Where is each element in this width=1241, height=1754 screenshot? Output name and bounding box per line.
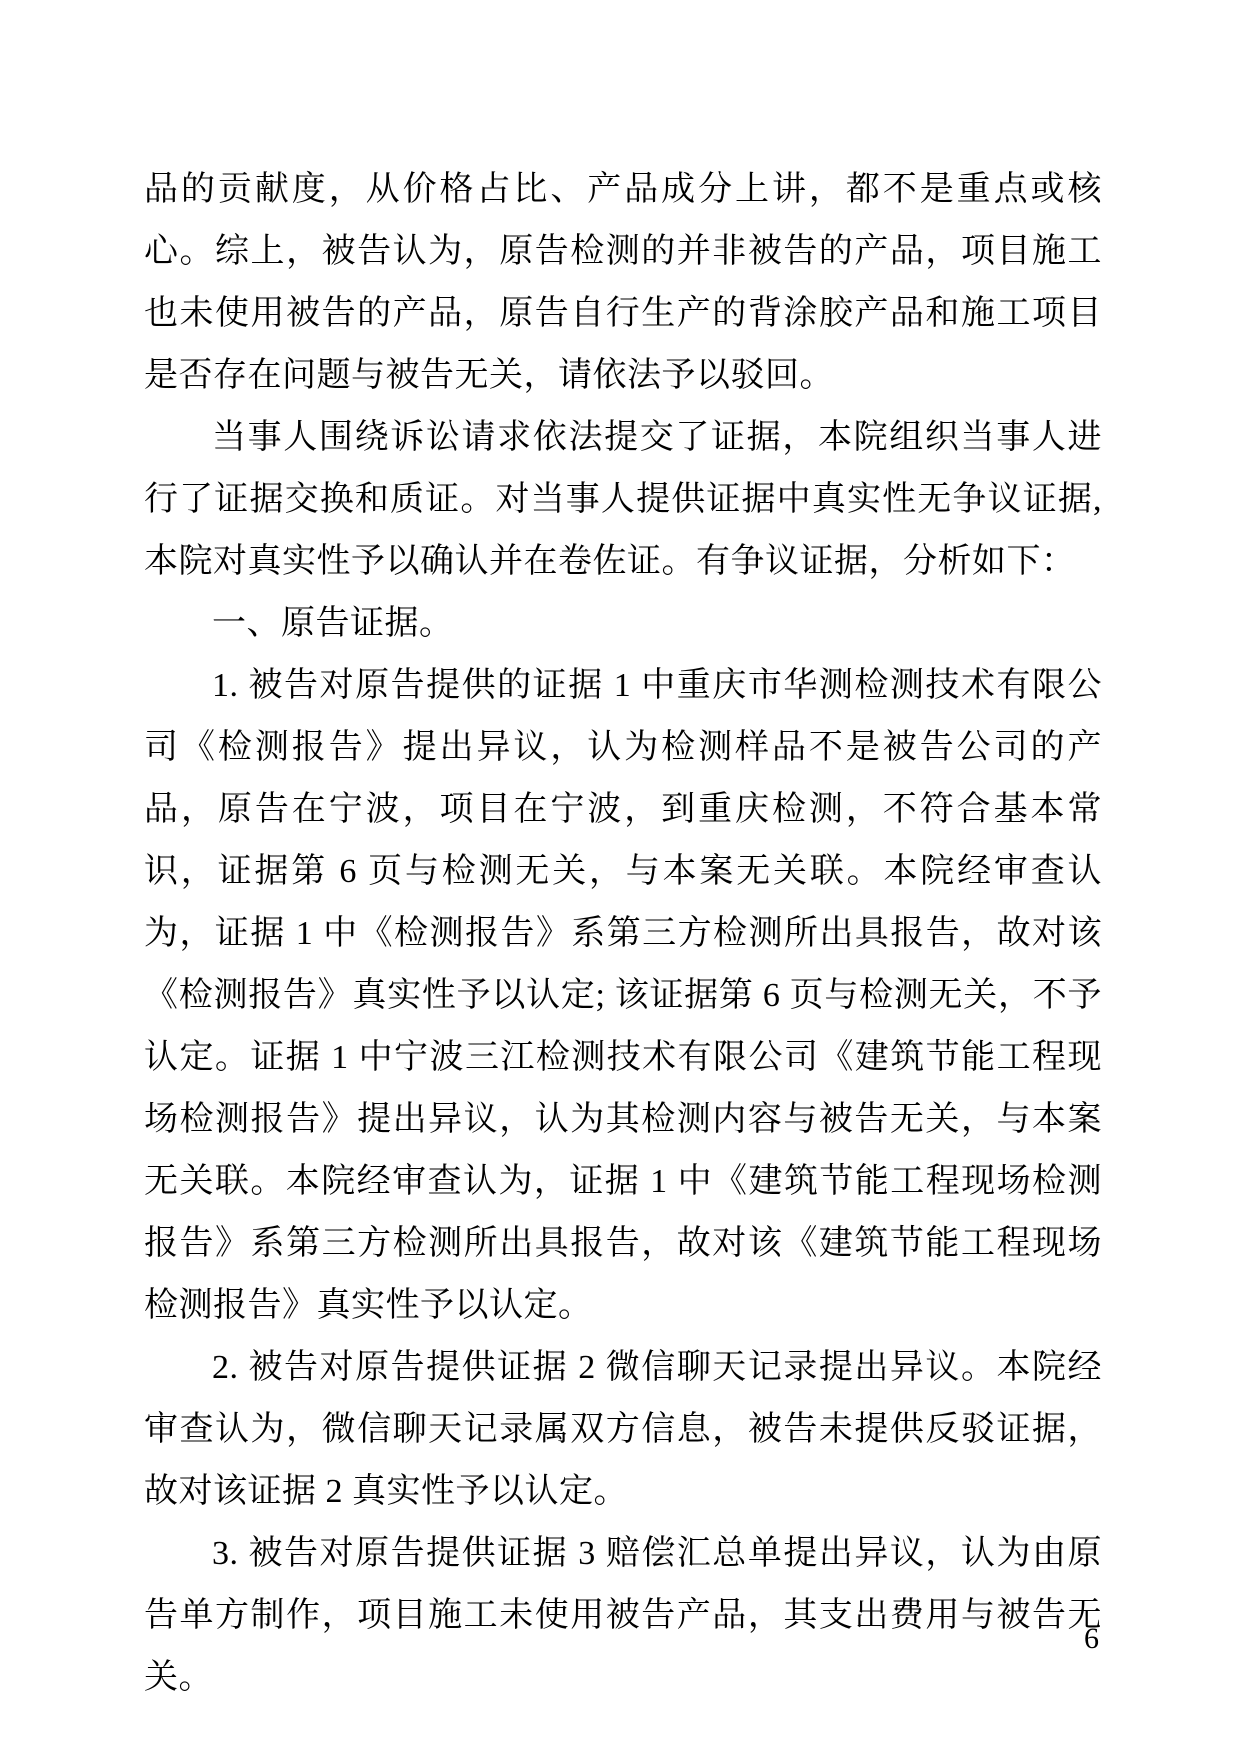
paragraph-evidence-item-2: 2. 被告对原告提供证据 2 微信聊天记录提出异议。本院经审查认为，微信聊天记录…	[144, 1337, 1102, 1523]
paragraph-evidence-item-3: 3. 被告对原告提供证据 3 赔偿汇总单提出异议，认为由原告单方制作，项目施工未…	[144, 1523, 1102, 1709]
paragraph-evidence-exchange: 当事人围绕诉讼请求依法提交了证据，本院组织当事人进行了证据交换和质证。对当事人提…	[144, 407, 1102, 593]
paragraph-plaintiff-evidence-heading: 一、原告证据。	[144, 593, 1102, 655]
document-body: 品的贡献度，从价格占比、产品成分上讲，都不是重点或核心。综上，被告认为，原告检测…	[144, 159, 1102, 1709]
document-page: 品的贡献度，从价格占比、产品成分上讲，都不是重点或核心。综上，被告认为，原告检测…	[0, 0, 1241, 1754]
paragraph-continuation: 品的贡献度，从价格占比、产品成分上讲，都不是重点或核心。综上，被告认为，原告检测…	[144, 159, 1102, 407]
page-number: 6	[1084, 1619, 1099, 1659]
paragraph-evidence-item-1: 1. 被告对原告提供的证据 1 中重庆市华测检测技术有限公司《检测报告》提出异议…	[144, 655, 1102, 1337]
